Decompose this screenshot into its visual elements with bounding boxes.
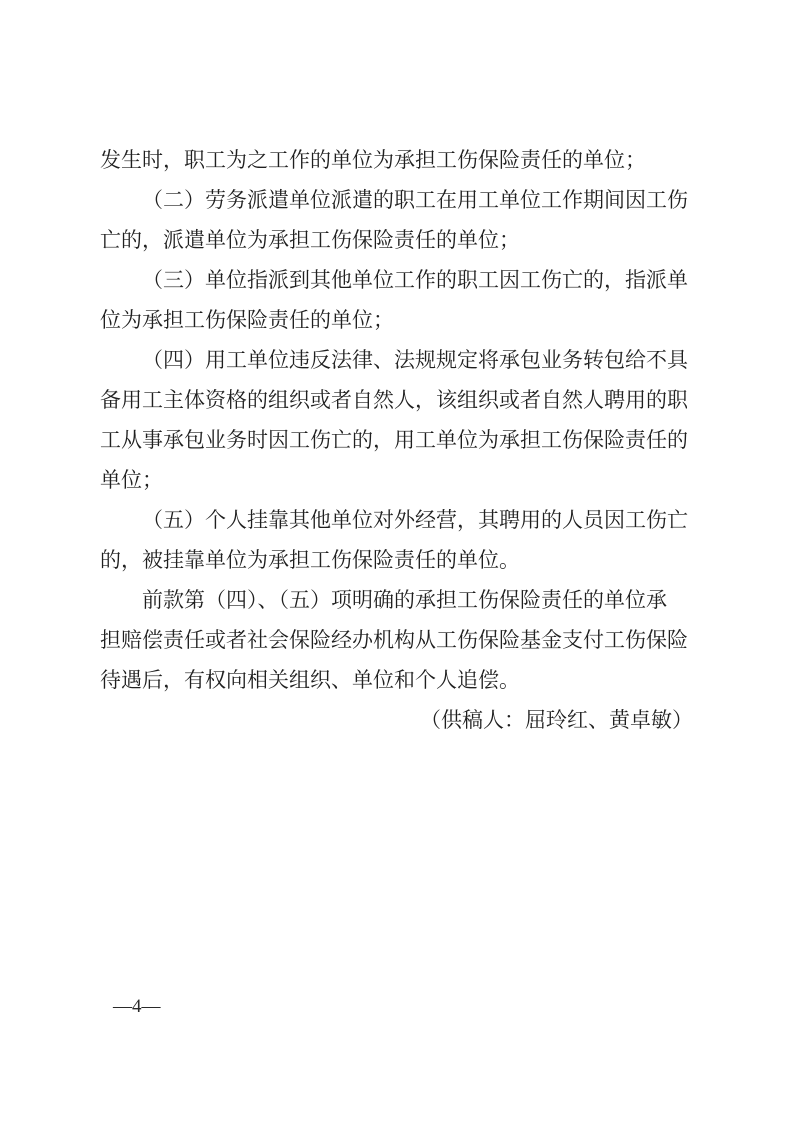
text-line: 亡的，派遣单位为承担工伤保险责任的单位； <box>100 220 693 260</box>
text-line: 发生时，职工为之工作的单位为承担工伤保险责任的单位； <box>100 140 693 180</box>
text-line: （四）用工单位违反法律、法规规定将承包业务转包给不具 <box>100 340 693 380</box>
text-line: （三）单位指派到其他单位工作的职工因工伤亡的，指派单 <box>100 260 693 300</box>
text-line: 备用工主体资格的组织或者自然人，该组织或者自然人聘用的职 <box>100 380 693 420</box>
text-line: （供稿人：屈玲红、黄卓敏） <box>100 700 693 740</box>
text-line: 前款第（四）、（五）项明确的承担工伤保险责任的单位承 <box>100 580 693 620</box>
text-line: （五）个人挂靠其他单位对外经营，其聘用的人员因工伤亡 <box>100 500 693 540</box>
text-line: 的，被挂靠单位为承担工伤保险责任的单位。 <box>100 540 693 580</box>
text-line: 待遇后，有权向相关组织、单位和个人追偿。 <box>100 660 693 700</box>
text-line: （二）劳务派遣单位派遣的职工在用工单位工作期间因工伤 <box>100 180 693 220</box>
document-body: 发生时，职工为之工作的单位为承担工伤保险责任的单位；（二）劳务派遣单位派遣的职工… <box>100 140 693 740</box>
page-number: —4— <box>113 995 161 1019</box>
text-line: 位为承担工伤保险责任的单位； <box>100 300 693 340</box>
document-page: 发生时，职工为之工作的单位为承担工伤保险责任的单位；（二）劳务派遣单位派遣的职工… <box>0 0 793 1122</box>
text-line: 单位； <box>100 460 693 500</box>
text-line: 担赔偿责任或者社会保险经办机构从工伤保险基金支付工伤保险 <box>100 620 693 660</box>
text-line: 工从事承包业务时因工伤亡的，用工单位为承担工伤保险责任的 <box>100 420 693 460</box>
